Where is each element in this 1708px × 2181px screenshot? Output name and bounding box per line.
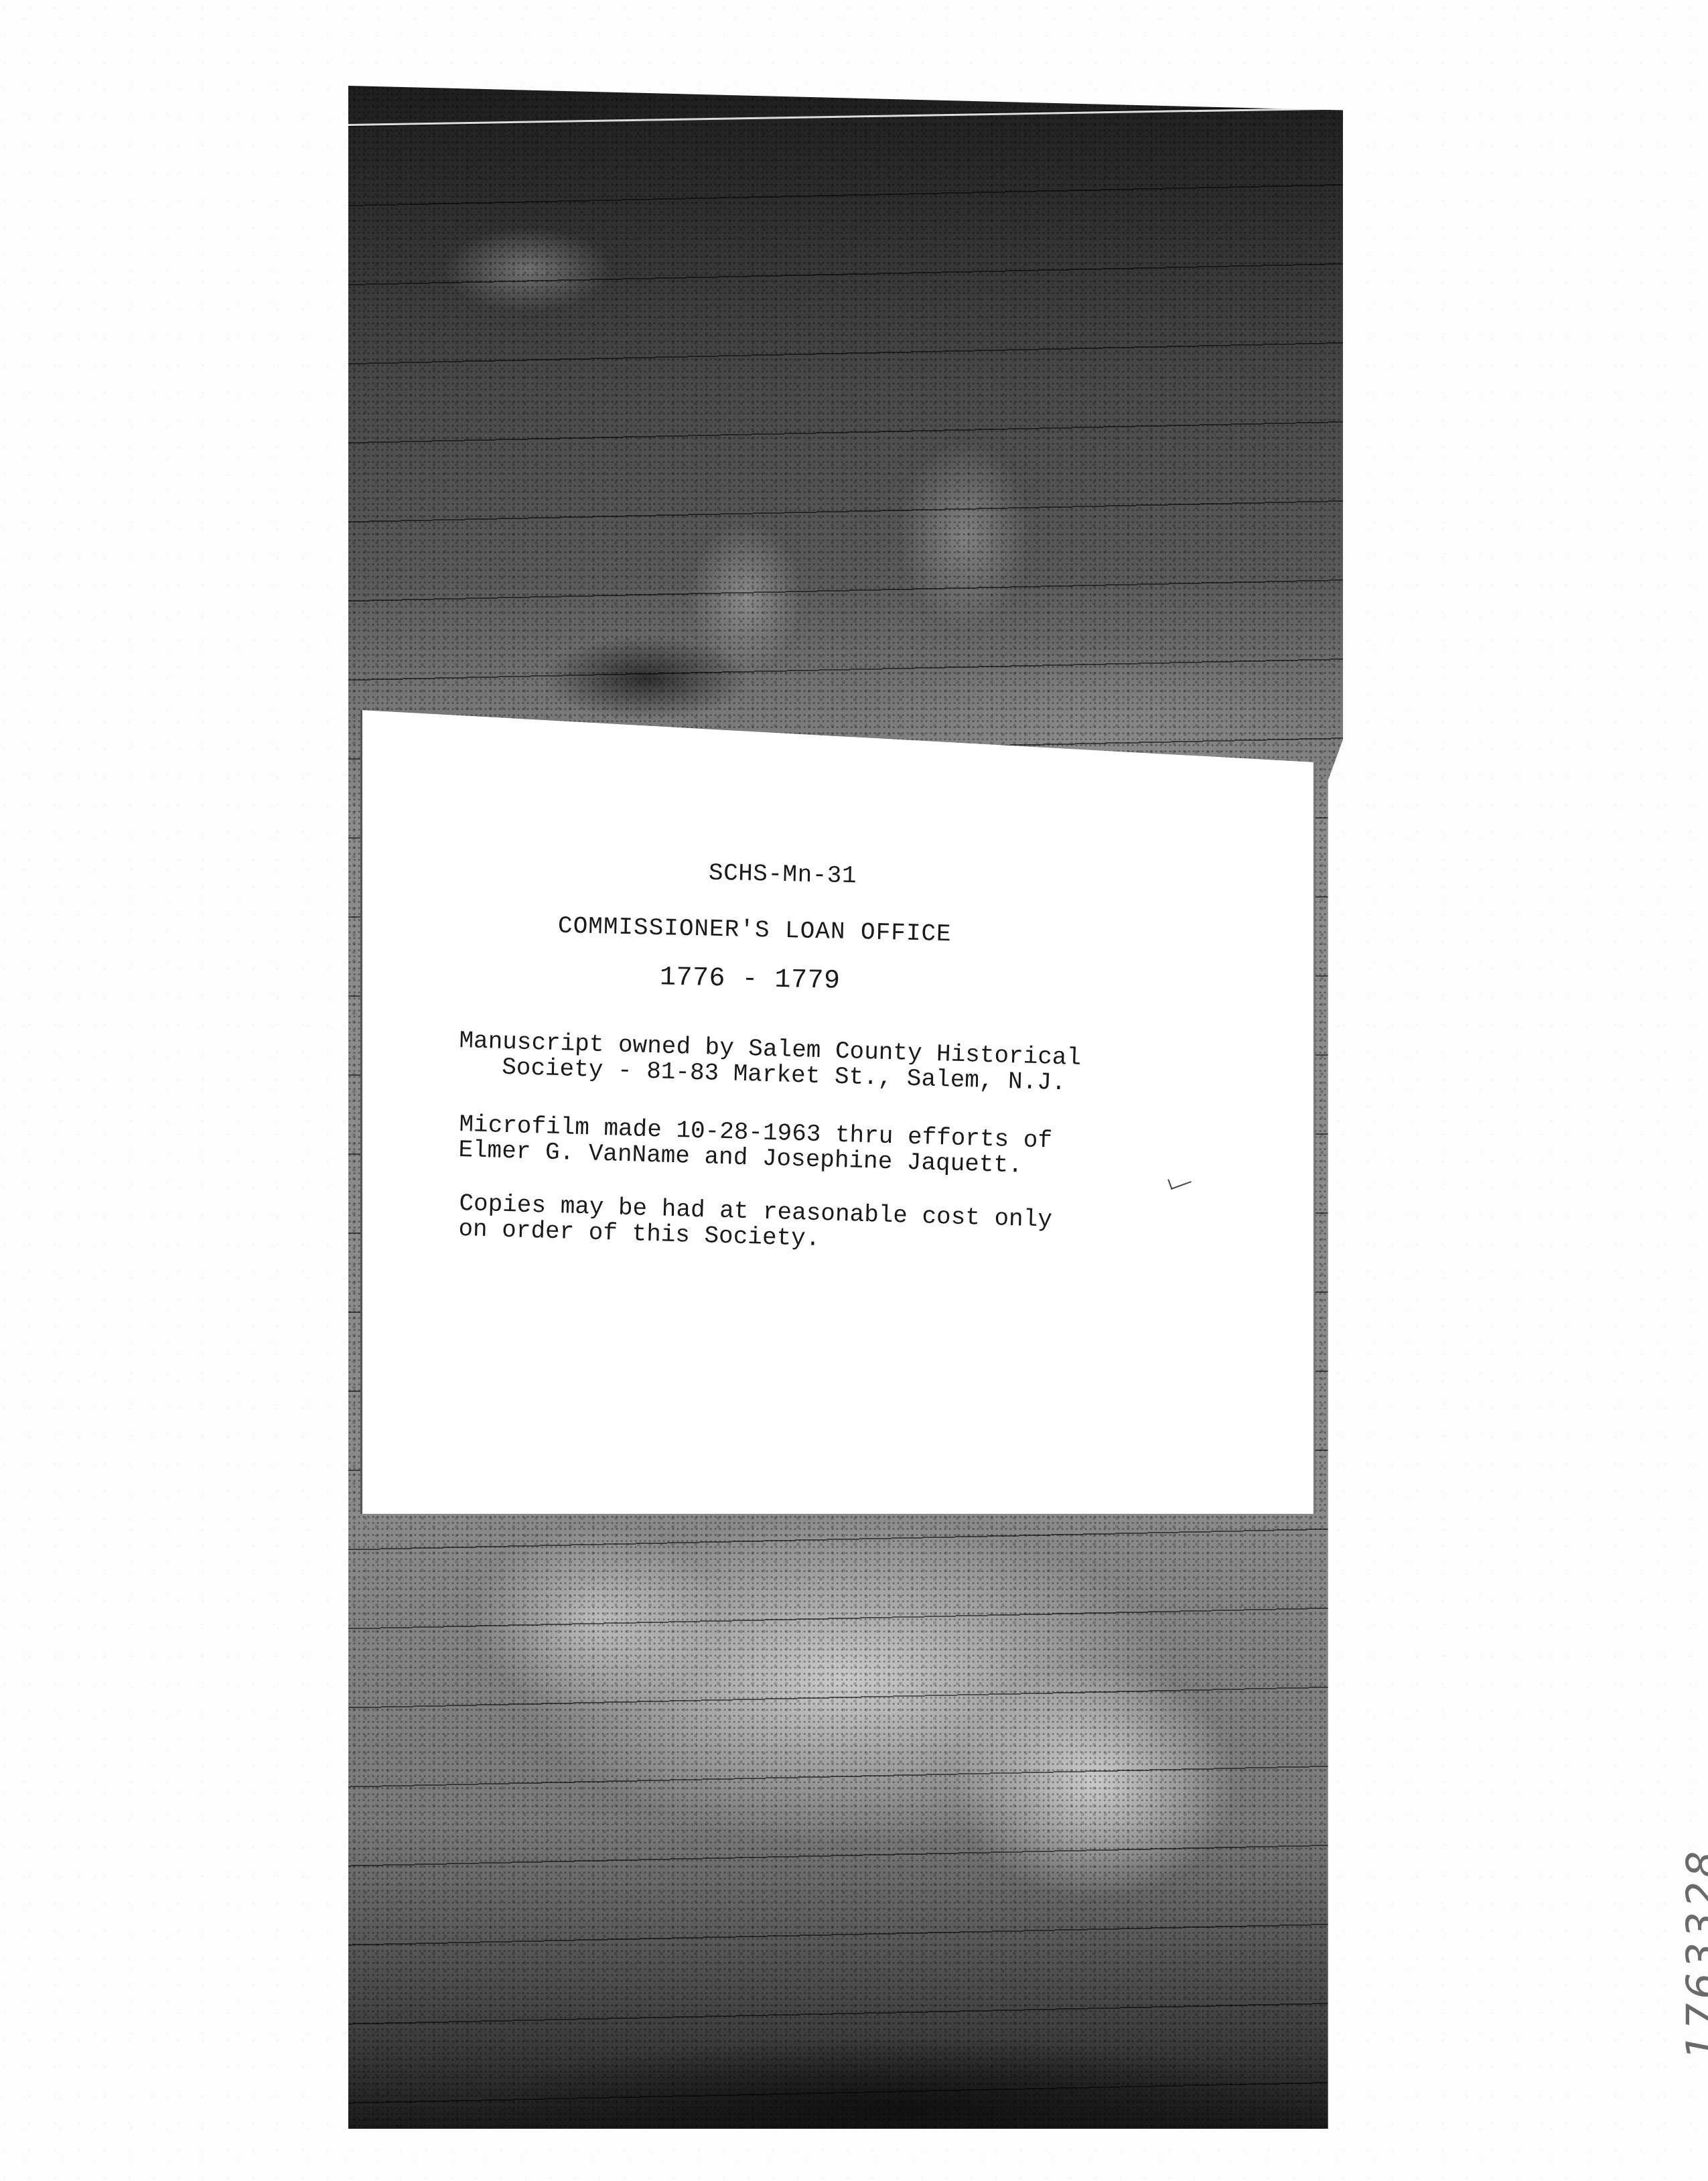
handwritten-catalog-number: 1763328 [1677,1833,1708,2074]
reference-number: SCHS-Mn-31 [709,859,857,890]
date-range: 1776 - 1779 [660,963,841,997]
